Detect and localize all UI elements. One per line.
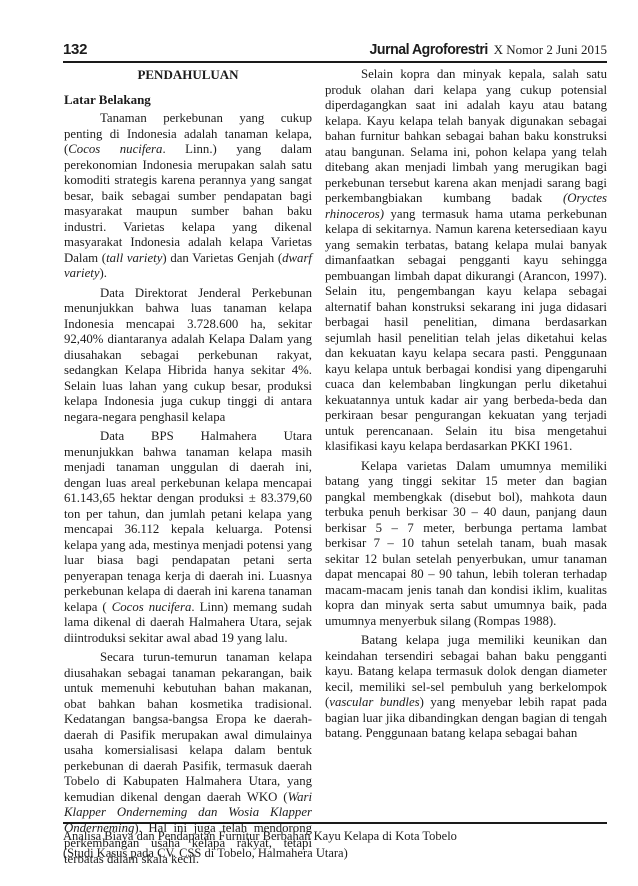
right-column: Selain kopra dan minyak kepala, salah sa… [325, 67, 607, 867]
left-column: PENDAHULUAN Latar Belakang Tanaman perke… [64, 67, 312, 867]
right-column-paragraphs: Selain kopra dan minyak kepala, salah sa… [325, 67, 607, 742]
section-heading-pendahuluan: PENDAHULUAN [64, 67, 312, 83]
body-columns: PENDAHULUAN Latar Belakang Tanaman perke… [64, 67, 607, 867]
page-header: 132 Jurnal Agroforestri X Nomor 2 Juni 2… [63, 41, 607, 63]
body-text: Selain kopra dan minyak kepala, salah sa… [325, 67, 607, 205]
italic-text: tall variety [106, 251, 162, 265]
journal-title: Jurnal Agroforestri [369, 41, 487, 58]
footer-running-title: Analisa Biaya dan Pendapatan Furnitur Be… [63, 828, 607, 845]
paragraph: Data Direktorat Jenderal Perkebunan menu… [64, 286, 312, 426]
page-number: 132 [63, 41, 87, 58]
footer-subtitle: (Studi Kasus pada CV. CSS di Tobelo, Hal… [63, 845, 607, 862]
body-text: . Linn.) yang dalam perekonomian Indones… [64, 142, 312, 265]
body-text: yang termasuk hama utama perkebunan kela… [325, 207, 607, 454]
italic-text: vascular bundles [329, 695, 419, 709]
body-text: Data Direktorat Jenderal Perkebunan menu… [64, 286, 312, 424]
body-text: ) dan Varietas Genjah ( [162, 251, 282, 265]
paragraph: Selain kopra dan minyak kepala, salah sa… [325, 67, 607, 455]
journal-page: 132 Jurnal Agroforestri X Nomor 2 Juni 2… [0, 0, 638, 886]
paragraph: Kelapa varietas Dalam umumnya memiliki b… [325, 459, 607, 630]
page-footer: Analisa Biaya dan Pendapatan Furnitur Be… [63, 822, 607, 861]
left-column-paragraphs: Tanaman perkebunan yang cukup penting di… [64, 111, 312, 867]
body-text: Data BPS Halmahera Utara menunjukkan bah… [64, 429, 312, 614]
italic-text: Cocos nucifera [112, 600, 192, 614]
body-text: Kelapa varietas Dalam umumnya memiliki b… [325, 459, 607, 628]
body-text: Secara turun-temurun tanaman kelapa dius… [64, 650, 312, 804]
journal-issue: X Nomor 2 Juni 2015 [494, 42, 607, 58]
subsection-heading-latar-belakang: Latar Belakang [64, 92, 312, 108]
italic-text: Cocos nucifera [68, 142, 162, 156]
header-right: Jurnal Agroforestri X Nomor 2 Juni 2015 [362, 41, 607, 58]
paragraph: Tanaman perkebunan yang cukup penting di… [64, 111, 312, 282]
body-text: ). [100, 266, 107, 280]
paragraph: Data BPS Halmahera Utara menunjukkan bah… [64, 429, 312, 646]
paragraph: Batang kelapa juga memiliki keunikan dan… [325, 633, 607, 742]
